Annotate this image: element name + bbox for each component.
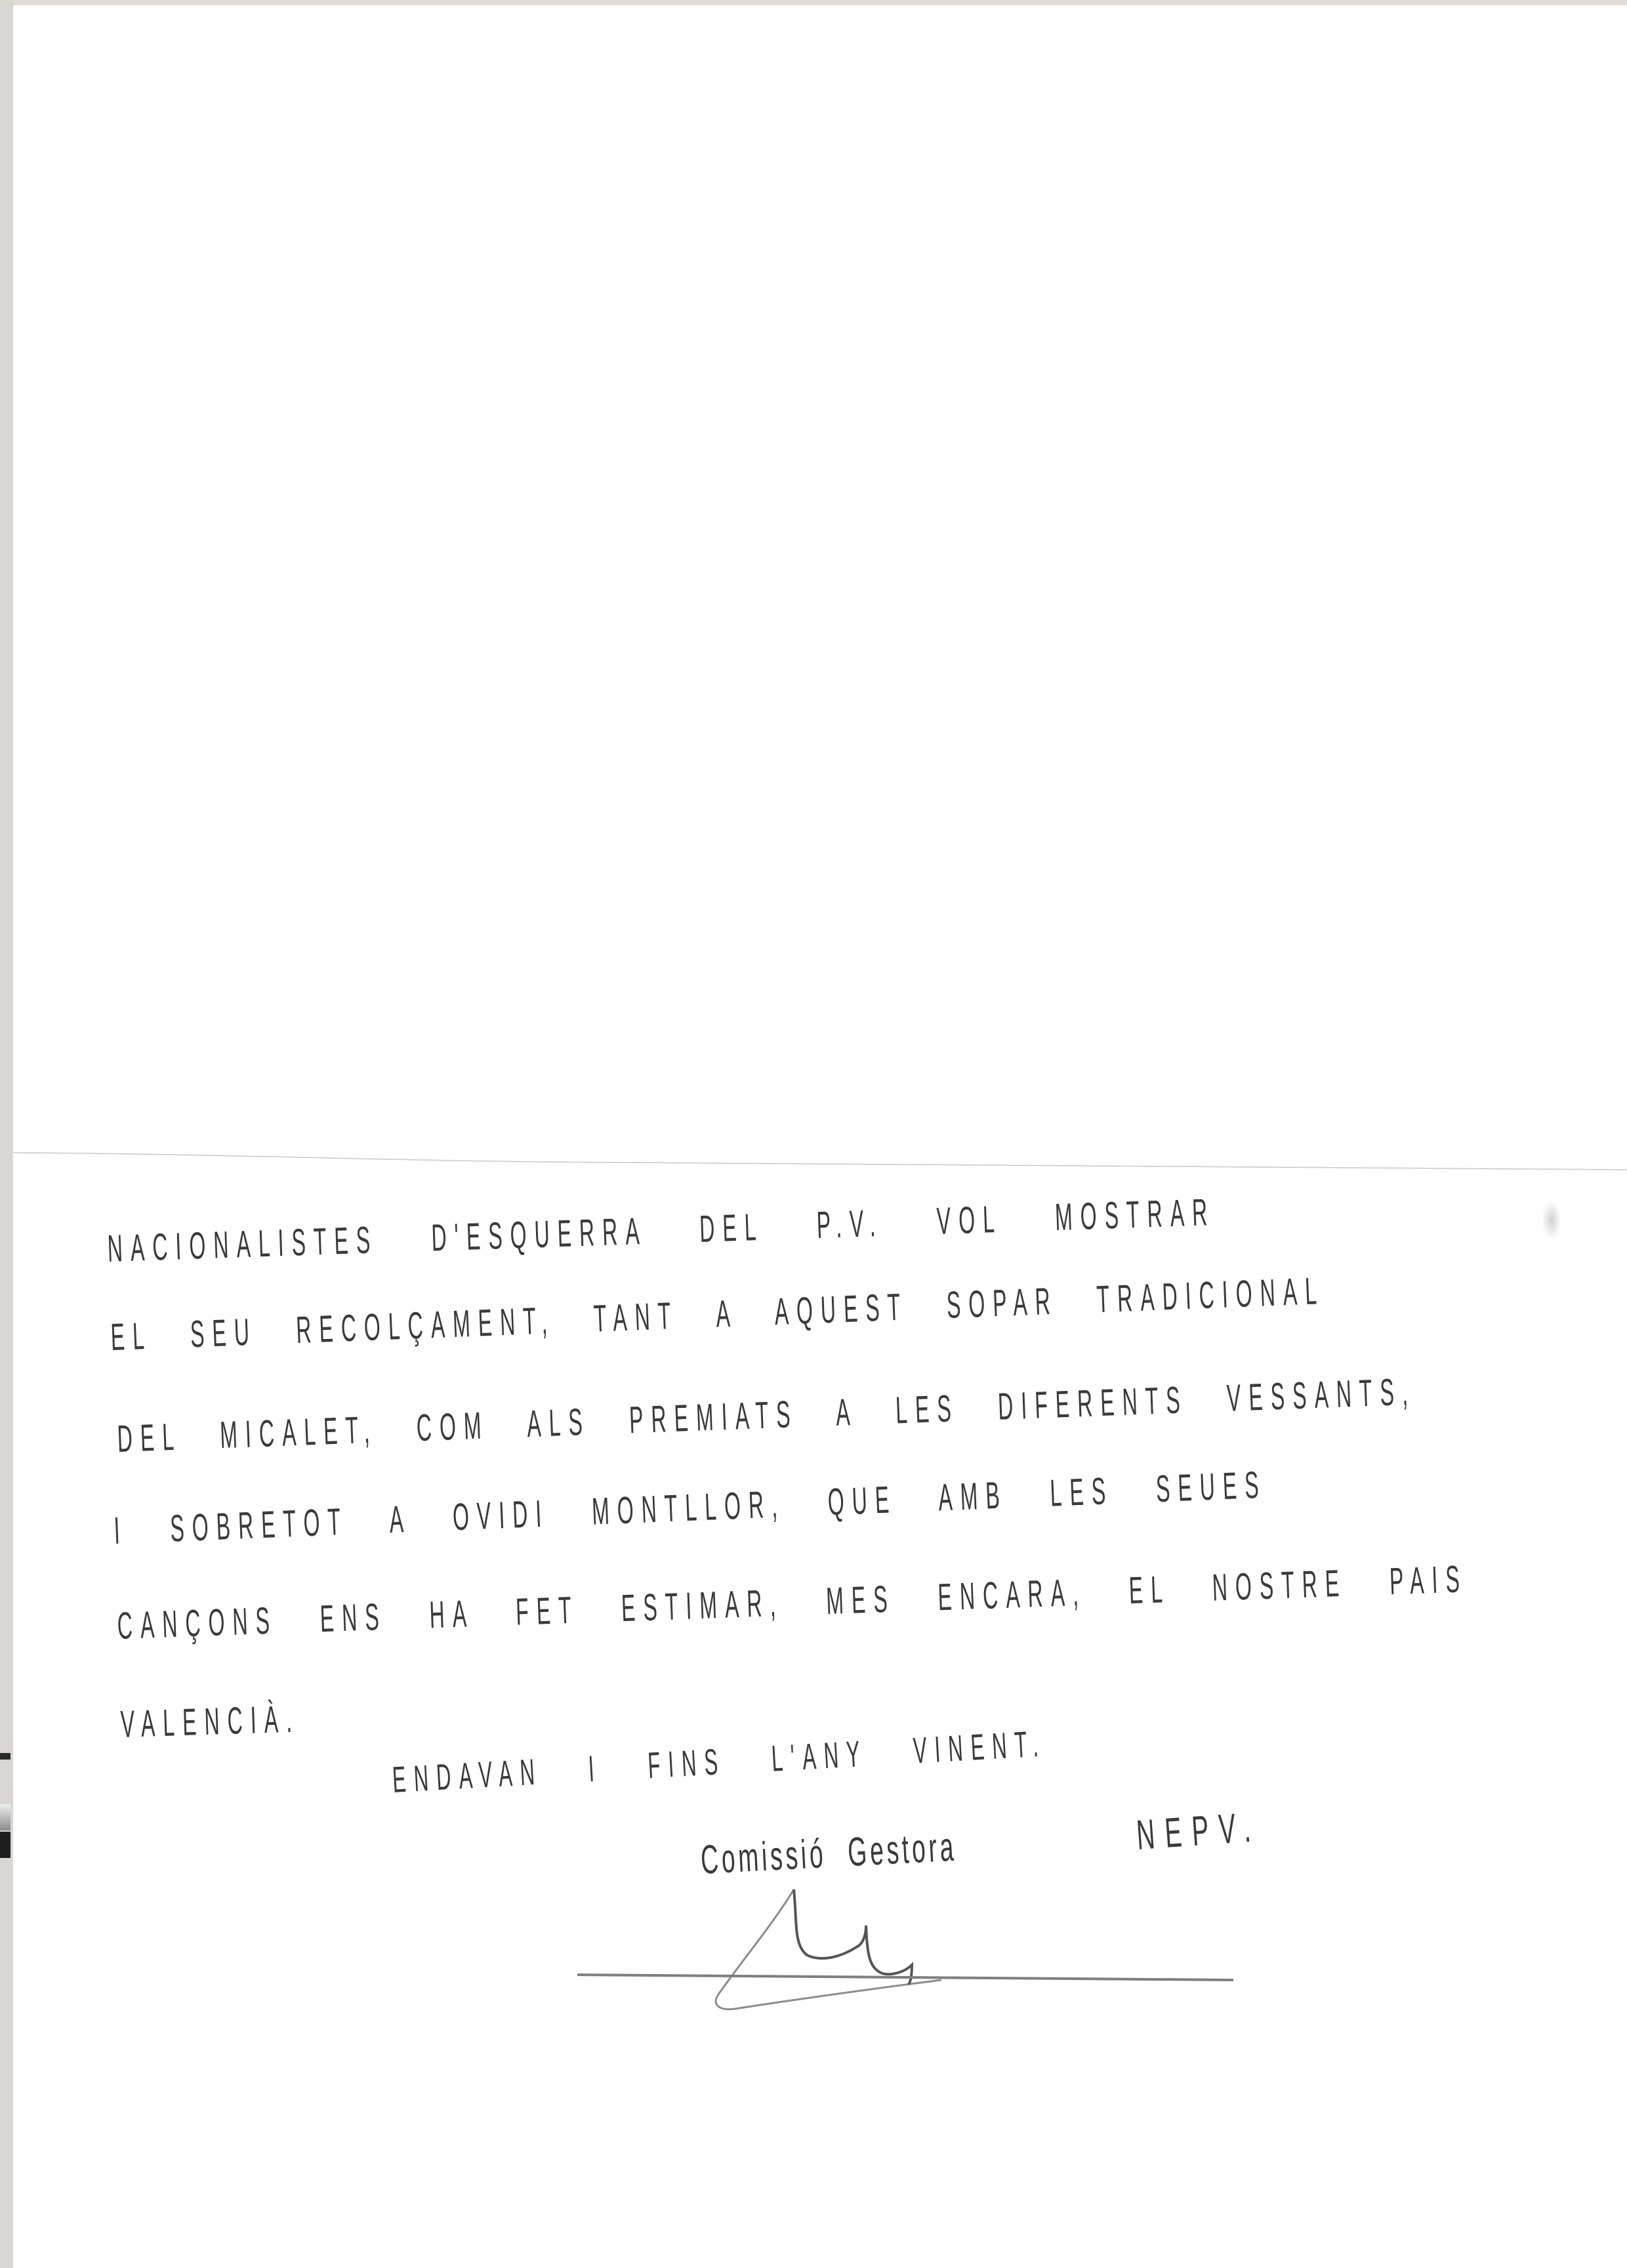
signature-organization: NEPV. [1135, 1802, 1262, 1859]
letter-body-line: EL SEU RECOLÇAMENT, TANT A AQUEST SOPAR … [110, 1269, 1325, 1359]
letter-body-line: I SOBRETOT A OVIDI MONTLLOR, QUE AMB LES… [113, 1462, 1267, 1553]
signature-committee: Comissió Gestora [699, 1824, 958, 1884]
letter-body-line: CANÇONS ENS HA FET ESTIMAR, MES ENCARA, … [117, 1557, 1468, 1648]
letter-body-line: DEL MICALET, COM ALS PREMIATS A LES DIFE… [117, 1369, 1417, 1461]
letter-body-line: VALENCIÀ. [120, 1697, 300, 1746]
handwritten-letter: NACIONALISTES D'ESQUERRA DEL P.V. VOL MO… [0, 0, 1627, 2268]
signature-scribble [577, 1883, 1233, 2014]
letter-closing: ENDAVAN I FINS L'ANY VINENT. [391, 1722, 1047, 1801]
letter-body-line: NACIONALISTES D'ESQUERRA DEL P.V. VOL MO… [107, 1190, 1216, 1271]
